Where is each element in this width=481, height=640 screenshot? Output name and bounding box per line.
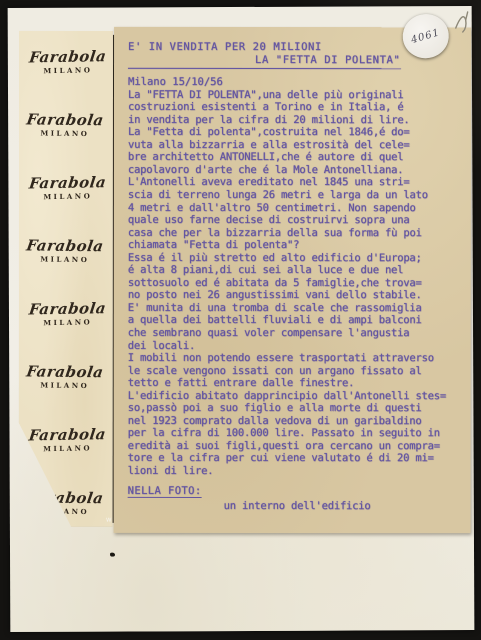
dateline: Milano 15/10/56: [128, 76, 463, 89]
body-line: L'edificio abitato dapprincipio dall'Ant…: [128, 390, 463, 403]
stamp-city-label: MILANO: [18, 380, 112, 391]
body-line: sottosuolo ed é abitata da 5 famiglie,ch…: [128, 277, 463, 290]
scan-background: Farabola MILANO Farabola MILANO Farabola…: [0, 0, 481, 640]
body-line: La "Fetta di polenta",costruita nel 1846…: [128, 126, 463, 139]
photo-label: NELLA FOTO:: [128, 484, 202, 498]
stamp-agency-name: Farabola: [17, 363, 114, 381]
stamp-agency-name: Farabola: [17, 237, 114, 255]
body-line: I mobili non potendo essere trasportati …: [128, 352, 463, 365]
body-line: lioni di lire.: [128, 465, 463, 478]
body-line: 4 metri e dall'altro 50 centimetri. Non …: [128, 201, 463, 214]
body-line: bre architetto ANTONELLI,che é autore di…: [128, 151, 463, 164]
body-line: vuta alla bizzarria e alla estrosità del…: [128, 139, 463, 152]
body-line: tore e la cifra per cui viene valutato é…: [128, 452, 463, 465]
sticker-number: 4061: [410, 27, 441, 46]
body-line: E' munita di una tromba di scale che ras…: [128, 302, 463, 315]
body-line: L'Antonelli aveva ereditato nel 1845 una…: [128, 176, 463, 189]
caption-body: La "FETTA DI POLENTA",una delle più orig…: [128, 88, 463, 477]
body-line: chiamata "Fetta di polenta"?: [128, 239, 463, 252]
stamp-city-label: MILANO: [21, 317, 115, 329]
farabola-stamp: Farabola MILANO: [20, 168, 115, 233]
body-line: scia di terreno lunga 26 metri e larga d…: [128, 189, 463, 202]
body-line: in vendita per la cifra di 20 milioni di…: [128, 114, 463, 127]
body-line: casa che per la bizzarria della sua form…: [128, 226, 463, 239]
body-line: Essa é il più stretto ed alto edificio d…: [128, 252, 463, 265]
pencil-squiggle: w: [106, 516, 114, 522]
stamp-city-label: MILANO: [21, 191, 115, 203]
body-line: a quella dei battelli fluviali e di ampi…: [128, 314, 463, 327]
stamp-agency-name: Farabola: [19, 426, 115, 445]
photo-paper: Farabola MILANO Farabola MILANO Farabola…: [8, 6, 475, 632]
stamp-city-label: MILANO: [21, 443, 115, 455]
body-line: so,passò poi a suo figlio e alla morte d…: [128, 402, 463, 415]
farabola-stamp: Farabola MILANO: [18, 105, 113, 169]
header-underline: [128, 68, 401, 69]
ink-speck: [110, 553, 115, 557]
body-line: capolavoro d'arte che é la Mole Antonell…: [128, 164, 463, 177]
body-line: é alta 8 piani,di cui sei alla luce e du…: [128, 264, 463, 277]
body-line: per la cifra di 100.000 lire. Passato in…: [128, 427, 463, 440]
body-line: dei locali.: [128, 339, 463, 352]
caption-text-area: E' IN VENDITA PER 20 MILIONI LA "FETTA D…: [114, 27, 471, 533]
farabola-stamp: Farabola MILANO: [20, 420, 115, 485]
stamp-agency-name: Farabola: [17, 489, 114, 507]
body-line: no posto nei 26 angustissimi vani dello …: [128, 289, 463, 302]
farabola-stamp: Farabola MILANO: [20, 294, 115, 359]
farabola-stamp: Farabola MILANO: [17, 483, 112, 547]
body-line: La "FETTA DI POLENTA",una delle più orig…: [128, 88, 463, 101]
stamp-city-label: MILANO: [18, 128, 112, 139]
body-line: nel 1923 comprato dalla vedova di un gar…: [128, 415, 463, 428]
stamp-strip: Farabola MILANO Farabola MILANO Farabola…: [19, 31, 113, 527]
photo-label-row: NELLA FOTO:: [128, 478, 463, 497]
stamp-agency-name: Farabola: [19, 300, 115, 319]
body-line: tetto e fatti entrare dalle finestre.: [128, 377, 463, 390]
stamp-city-label: MILANO: [21, 65, 115, 77]
photo-caption: un interno dell'edificio: [224, 500, 463, 512]
stamp-agency-name: Farabola: [20, 48, 116, 67]
stamp-city-label: MILANO: [18, 254, 112, 265]
body-line: eredità ai suoi figli,questi ora cercano…: [128, 440, 463, 453]
stamp-agency-name: Farabola: [20, 174, 116, 193]
body-line: costruzioni esistenti a Torino e in Ital…: [128, 101, 463, 114]
pencil-mark-icon: [453, 10, 477, 36]
farabola-stamp: Farabola MILANO: [17, 357, 112, 421]
body-line: che sembrano quasi voler compensare l'an…: [128, 327, 463, 340]
farabola-stamp: Farabola MILANO: [17, 231, 112, 295]
stamp-city-label: MILANO: [18, 506, 112, 517]
caption-sheet: Farabola MILANO Farabola MILANO Farabola…: [17, 27, 471, 533]
stamp-agency-name: Farabola: [17, 111, 114, 129]
farabola-stamp: Farabola MILANO: [20, 42, 115, 107]
body-line: le scale vengono issati con un argano fi…: [128, 365, 463, 378]
body-line: quale uso farne decise di costruirvi sop…: [128, 214, 463, 227]
